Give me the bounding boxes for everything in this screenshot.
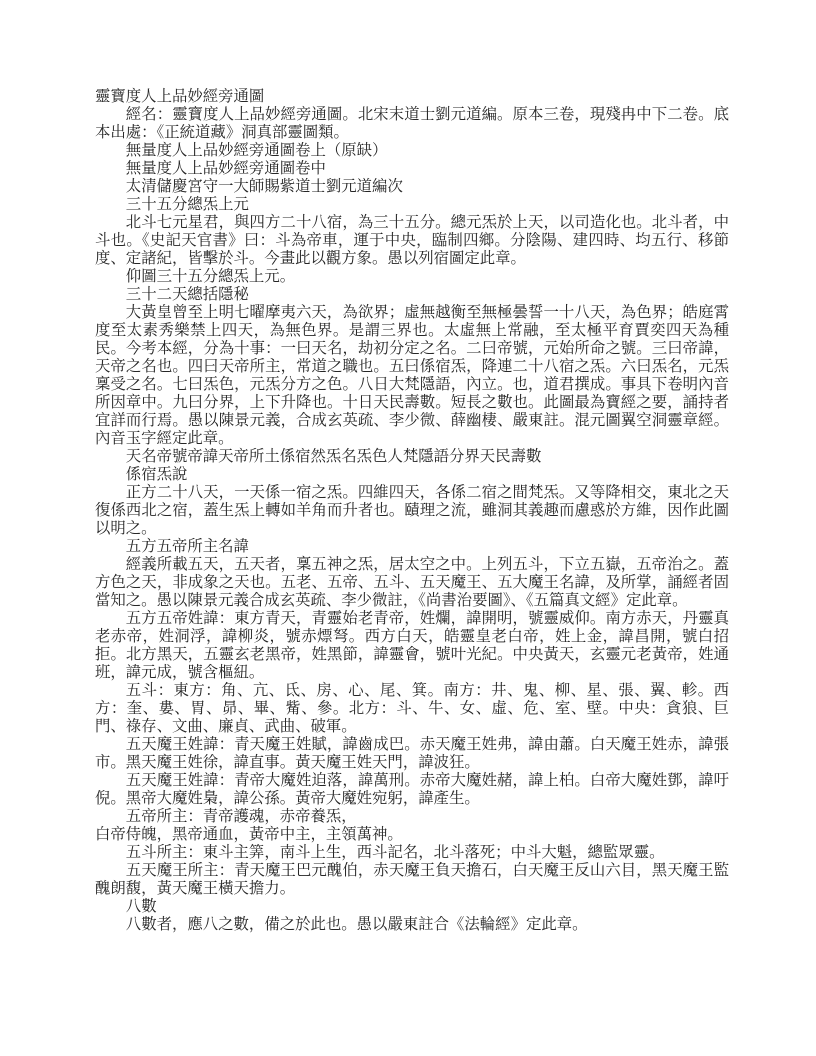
heading-five-emperors: 五方五帝所主名諱 [95,538,729,556]
paragraph-35-divisions: 北斗七元星君，與四方二十八宿，為三十五分。總元炁於上天，以司造化也。北斗者，中斗… [95,214,729,268]
paragraph-volume-upper: 無量度人上品妙經旁通圖卷上（原缺） [95,142,729,160]
paragraph-demon-kings-2: 五天魔王姓諱：青帝大魔姓迫落，諱萬刑。赤帝大魔姓赭，諱上柏。白帝大魔姓鄧，諱吁倪… [95,772,729,808]
paragraph-32-heavens: 大黃皇曾至上明七曜摩夷六天，為欲界；虛無越衡至無極曇誓一十八天，為色界；皓庭霄度… [95,304,729,448]
paragraph-emperor-duties-2: 白帝侍魄，黑帝通血，黃帝中主，主領萬神。 [95,826,729,844]
document-title: 靈寶度人上品妙經旁通圖 [95,88,729,106]
heading-xisu-qi: 係宿炁說 [95,466,729,484]
paragraph-five-dou: 五斗：東方：角、亢、氐、房、心、尾、箕。南方：井、鬼、柳、星、張、翼、軫。西方：… [95,682,729,736]
paragraph-demon-duties: 五天魔王所主：青天魔王巴元醜伯，赤天魔王負天擔石，白天魔王反山六目，黑天魔王監醜… [95,862,729,898]
paragraph-ten-items-list: 天名帝號帝諱天帝所土係宿然炁名炁色人梵隱語分界天民壽數 [95,448,729,466]
heading-35-divisions: 三十五分總炁上元 [95,196,729,214]
paragraph-volume-middle: 無量度人上品妙經旁通圖卷中 [95,160,729,178]
paragraph-demon-kings-1: 五天魔王姓諱：青天魔王姓賦，諱齒成巴。赤天魔王姓弗，諱由蕭。白天魔王姓赤，諱張市… [95,736,729,772]
heading-32-heavens: 三十二天總括隱秘 [95,286,729,304]
paragraph-five-heavens: 經義所載五天，五天者，稟五神之炁，居太空之中。上列五斗，下立五嶽，五帝治之。蓋方… [95,556,729,610]
heading-eight-numbers: 八數 [95,898,729,916]
paragraph-dou-duties: 五斗所主：東斗主筭，南斗上生，西斗記名，北斗落死；中斗大魁，總監眾靈。 [95,844,729,862]
paragraph-eight-numbers: 八數者，應八之數，備之於此也。愚以嚴東註合《法輪經》定此章。 [95,916,729,934]
paragraph-diagram-caption: 仰圖三十五分總炁上元。 [95,268,729,286]
paragraph-scripture-note: 經名：靈寶度人上品妙經旁通圖。北宋末道士劉元道編。原本三卷，現殘冉中下二卷。底本… [95,106,729,142]
paragraph-emperor-duties-1: 五帝所主：青帝護魂，赤帝養炁， [95,808,729,826]
paragraph-five-emperor-names: 五方五帝姓諱：東方青天，青靈始老青帝，姓爛，諱開明，號靈威仰。南方赤天，丹靈真老… [95,610,729,682]
document-page: 靈寶度人上品妙經旁通圖 經名：靈寶度人上品妙經旁通圖。北宋末道士劉元道編。原本三… [0,0,816,1056]
paragraph-xisu-qi: 正方二十八天，一天係一宿之炁。四維四天，各係二宿之間梵炁。又等降相交，東北之天復… [95,484,729,538]
document-body: 靈寶度人上品妙經旁通圖 經名：靈寶度人上品妙經旁通圖。北宋末道士劉元道編。原本三… [95,88,729,934]
paragraph-editor-line: 太清儲慶宮守一大師賜紫道士劉元道編次 [95,178,729,196]
